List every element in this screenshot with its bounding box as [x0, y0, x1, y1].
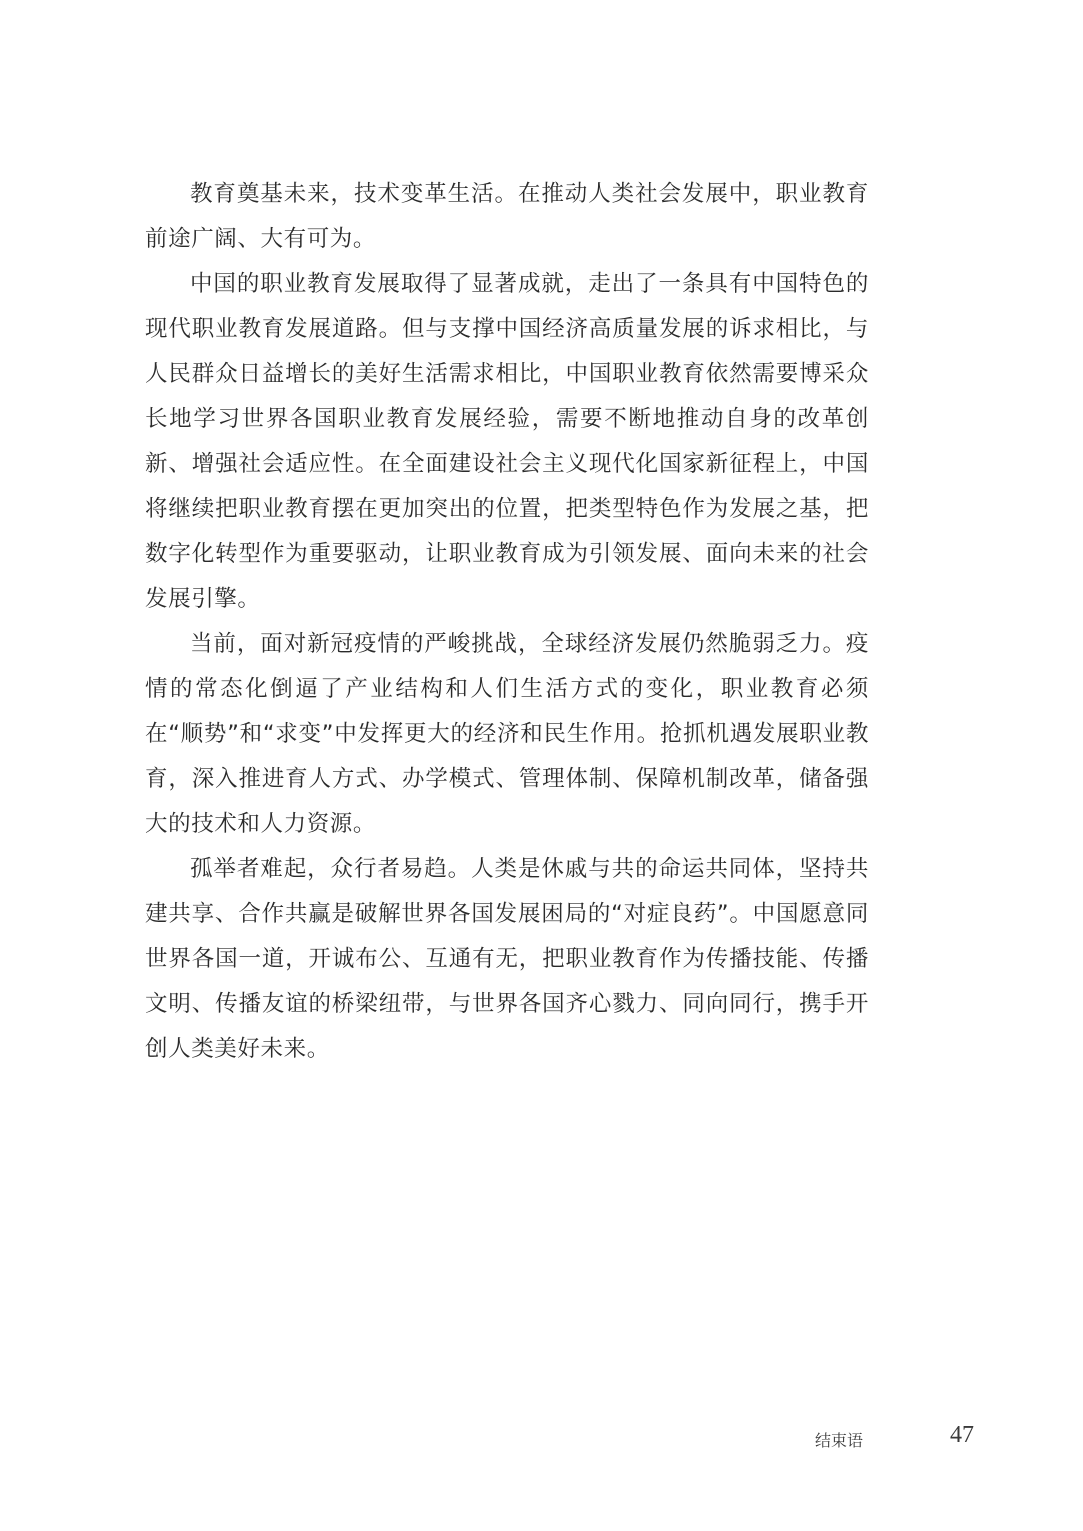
paragraph-4: 孤举者难起，众行者易趋。人类是休戚与共的命运共同体，坚持共建共享、合作共赢是破解…	[145, 847, 869, 1072]
paragraph-3: 当前，面对新冠疫情的严峻挑战，全球经济发展仍然脆弱乏力。疫情的常态化倒逼了产业结…	[145, 622, 869, 847]
paragraph-2: 中国的职业教育发展取得了显著成就，走出了一条具有中国特色的现代职业教育发展道路。…	[145, 262, 869, 622]
paragraph-1: 教育奠基未来，技术变革生活。在推动人类社会发展中，职业教育前途广阔、大有可为。	[145, 172, 869, 262]
document-page: 教育奠基未来，技术变革生活。在推动人类社会发展中，职业教育前途广阔、大有可为。 …	[0, 0, 1083, 1531]
page-footer: 结束语 47	[0, 1420, 1083, 1460]
body-text: 教育奠基未来，技术变革生活。在推动人类社会发展中，职业教育前途广阔、大有可为。 …	[145, 172, 869, 1072]
page-number: 47	[950, 1422, 974, 1449]
running-head: 结束语	[815, 1428, 863, 1451]
